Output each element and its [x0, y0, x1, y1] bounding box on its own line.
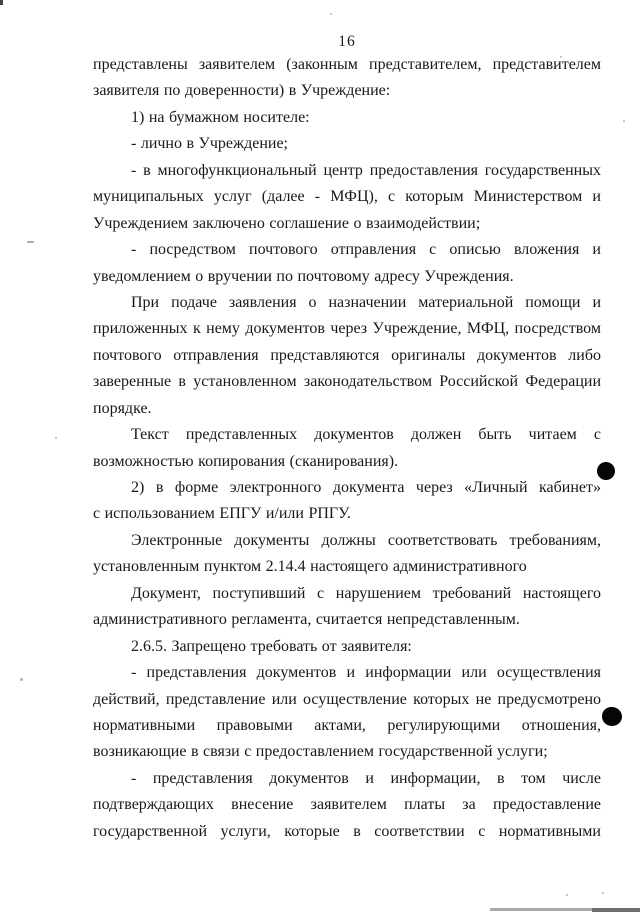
- punch-hole-mark: [602, 707, 622, 726]
- paragraph: - в многофункциональный центр предоставл…: [93, 158, 601, 237]
- paragraph: Электронные документы должны соответство…: [93, 528, 601, 581]
- paragraph: представлены заявителем (законным предст…: [93, 52, 601, 105]
- scan-noise-speck: [27, 241, 34, 243]
- paragraph: 2) в форме электронного документа через …: [93, 475, 601, 528]
- scan-noise-speck: [20, 678, 23, 681]
- paragraph: - лично в Учреждение;: [93, 131, 601, 157]
- scan-noise-speck: [55, 437, 57, 439]
- text-line: подтверждающих внесение заявителем платы…: [93, 792, 601, 818]
- text-line: - в многофункциональный центр предоставл…: [93, 158, 601, 184]
- scan-noise-speck: [602, 892, 604, 894]
- scan-edge-artifact: [0, 0, 3, 5]
- paragraph: - представления документов и информации …: [93, 660, 601, 766]
- text-line: с использованием ЕПГУ и/или РПГУ.: [93, 501, 601, 527]
- text-line: возникающие в связи с предоставлением го…: [93, 739, 601, 765]
- scan-artifact-line: [490, 908, 640, 911]
- text-line: порядке.: [93, 396, 601, 422]
- scan-noise-speck: [560, 56, 562, 58]
- text-line: государственной услуги, которые в соотве…: [93, 819, 601, 845]
- text-line: установленным пунктом 2.14.4 настоящего …: [93, 554, 601, 580]
- paragraph: Документ, поступивший с нарушением требо…: [93, 581, 601, 634]
- scan-noise-speck: [330, 13, 332, 15]
- text-line: - представления документов и информации,…: [93, 766, 601, 792]
- text-line: 1) на бумажном носителе:: [93, 105, 601, 131]
- text-line: муниципальных услуг (далее - МФЦ), с кот…: [93, 184, 601, 210]
- text-line: уведомлением о вручении по почтовому адр…: [93, 264, 601, 290]
- paragraph: 1) на бумажном носителе:: [93, 105, 601, 131]
- text-line: 2.6.5. Запрещено требовать от заявителя:: [93, 634, 601, 660]
- text-line: Учреждением заключено соглашение о взаим…: [93, 211, 601, 237]
- paragraph: - посредством почтового отправления с оп…: [93, 237, 601, 290]
- paragraph: - представления документов и информации,…: [93, 766, 601, 845]
- page-number: 16: [93, 33, 601, 51]
- scan-artifact-line-dark: [592, 908, 640, 912]
- text-line: приложенных к нему документов через Учре…: [93, 316, 601, 342]
- text-line: 2) в форме электронного документа через …: [93, 475, 601, 501]
- text-line: Документ, поступивший с нарушением требо…: [93, 581, 601, 607]
- text-line: представлены заявителем (законным предст…: [93, 52, 601, 78]
- document-body: представлены заявителем (законным предст…: [93, 52, 601, 845]
- text-line: заверенные в установленном законодательс…: [93, 369, 601, 395]
- scanned-page: 16 представлены заявителем (законным пре…: [0, 0, 640, 913]
- paragraph: Текст представленных документов должен б…: [93, 422, 601, 475]
- text-line: почтового отправления представляются ори…: [93, 343, 601, 369]
- text-line: нормативными правовыми актами, регулирую…: [93, 713, 601, 739]
- text-line: - посредством почтового отправления с оп…: [93, 237, 601, 263]
- text-line: заявителя по доверенности) в Учреждение:: [93, 78, 601, 104]
- scan-noise-speck: [566, 894, 568, 896]
- scan-noise-speck: [623, 120, 625, 122]
- text-line: административного регламента, считается …: [93, 607, 601, 633]
- text-line: При подаче заявления о назначении матери…: [93, 290, 601, 316]
- text-line: действий, представление или осуществлени…: [93, 687, 601, 713]
- paragraph: 2.6.5. Запрещено требовать от заявителя:: [93, 634, 601, 660]
- text-line: Электронные документы должны соответство…: [93, 528, 601, 554]
- paragraph: При подаче заявления о назначении матери…: [93, 290, 601, 422]
- text-line: - лично в Учреждение;: [93, 131, 601, 157]
- text-line: Текст представленных документов должен б…: [93, 422, 601, 448]
- text-line: - представления документов и информации …: [93, 660, 601, 686]
- punch-hole-mark: [597, 462, 615, 480]
- text-line: возможностью копирования (сканирования).: [93, 449, 601, 475]
